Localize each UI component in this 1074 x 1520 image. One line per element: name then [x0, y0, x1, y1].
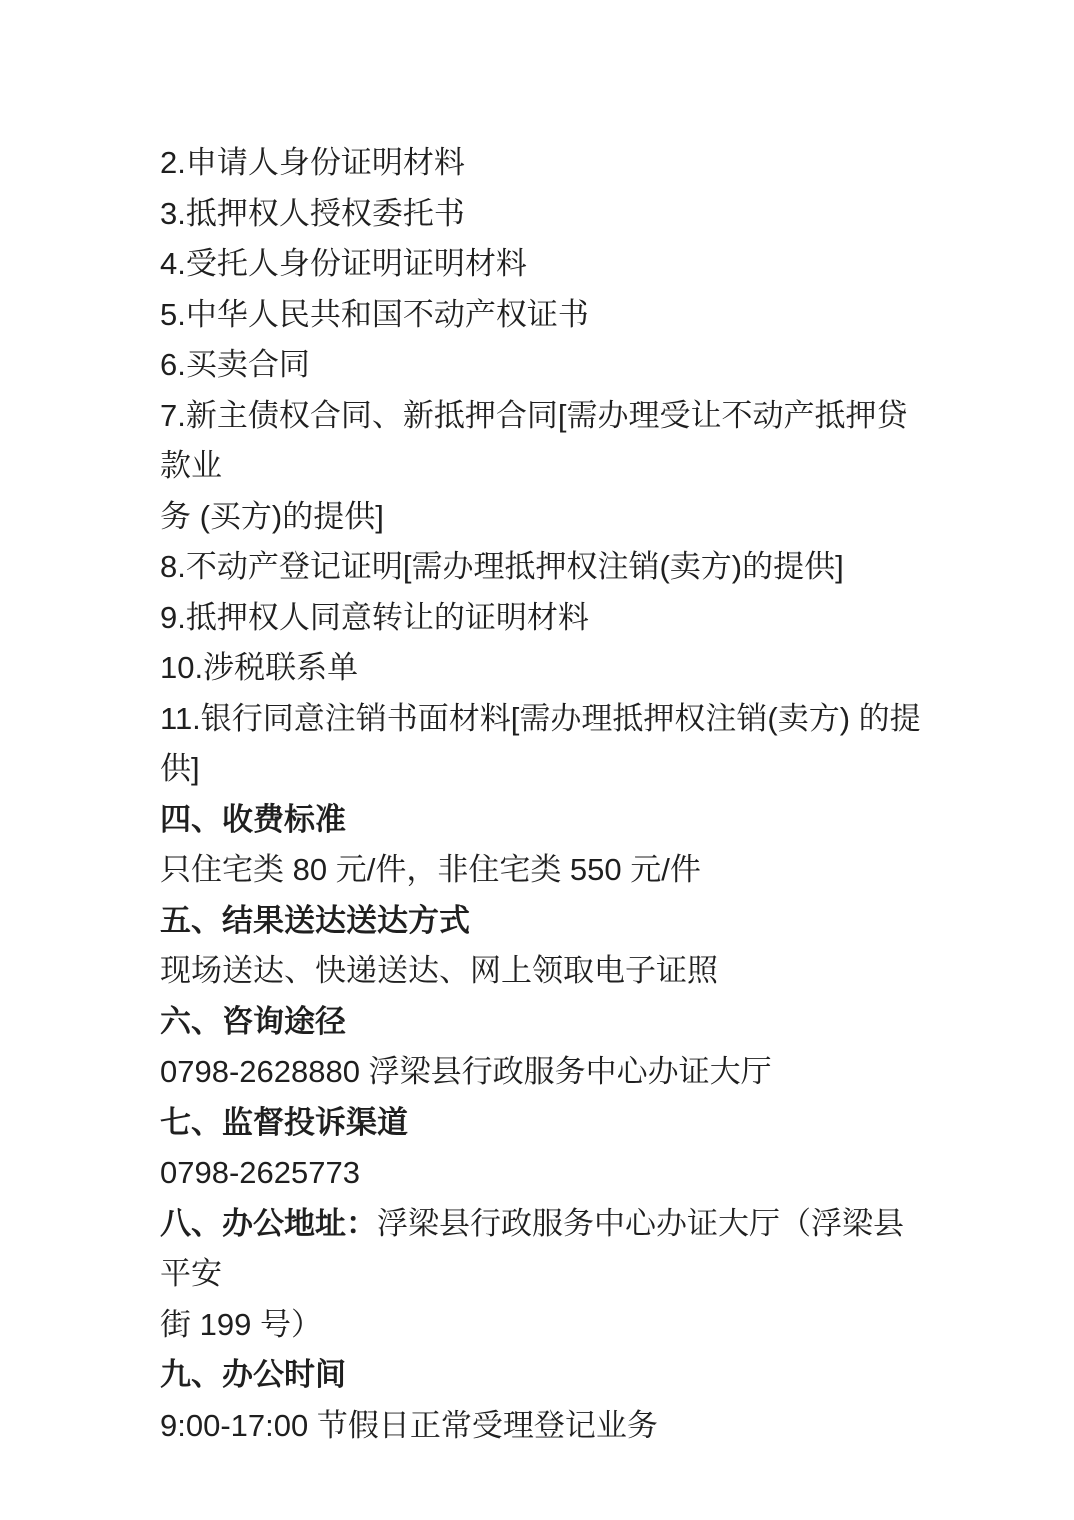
delivery-methods-text: 现场送达、快递送达、网上领取电子证照: [160, 946, 925, 997]
list-item-tax-contact-form: 10.涉税联系单: [160, 643, 925, 694]
document-page: 2.申请人身份证明材料 3.抵押权人授权委托书 4.受托人身份证明证明材料 5.…: [0, 0, 1074, 1520]
section-heading-complaints: 七、监督投诉渠道: [160, 1098, 925, 1149]
list-item-new-contracts: 7.新主债权合同、新抵押合同[需办理受让不动产抵押贷款业: [160, 391, 925, 492]
list-item-bank-consent: 11.银行同意注销书面材料[需办理抵押权注销(卖方) 的提: [160, 694, 925, 745]
office-hours-text: 9:00-17:00 节假日正常受理登记业务: [160, 1401, 925, 1452]
section-heading-consultation: 六、咨询途径: [160, 997, 925, 1048]
consultation-phone-text: 0798-2628880 浮梁县行政服务中心办证大厅: [160, 1047, 925, 1098]
list-item-registration-proof: 8.不动产登记证明[需办理抵押权注销(卖方)的提供]: [160, 542, 925, 593]
list-item-bank-consent-cont: 供]: [160, 744, 925, 795]
office-address-line: 八、办公地址：浮梁县行政服务中心办证大厅（浮梁县平安: [160, 1199, 925, 1300]
list-item-new-contracts-cont: 务 (买方)的提供]: [160, 492, 925, 543]
list-item-trustee-id: 4.受托人身份证明证明材料: [160, 239, 925, 290]
list-item-applicant-id: 2.申请人身份证明材料: [160, 138, 925, 189]
fees-text: 只住宅类 80 元/件，非住宅类 550 元/件: [160, 845, 925, 896]
list-item-sale-contract: 6.买卖合同: [160, 340, 925, 391]
section-heading-office-hours: 九、办公时间: [160, 1350, 925, 1401]
document-content: 2.申请人身份证明材料 3.抵押权人授权委托书 4.受托人身份证明证明材料 5.…: [160, 138, 925, 1451]
section-heading-fees: 四、收费标准: [160, 795, 925, 846]
office-address-label: 八、办公地址：: [160, 1206, 377, 1241]
list-item-mortgagee-poa: 3.抵押权人授权委托书: [160, 189, 925, 240]
list-item-property-cert: 5.中华人民共和国不动产权证书: [160, 290, 925, 341]
list-item-transfer-consent: 9.抵押权人同意转让的证明材料: [160, 593, 925, 644]
complaints-phone-text: 0798-2625773: [160, 1148, 925, 1199]
section-heading-delivery: 五、结果送达送达方式: [160, 896, 925, 947]
office-address-cont: 街 199 号）: [160, 1300, 925, 1351]
